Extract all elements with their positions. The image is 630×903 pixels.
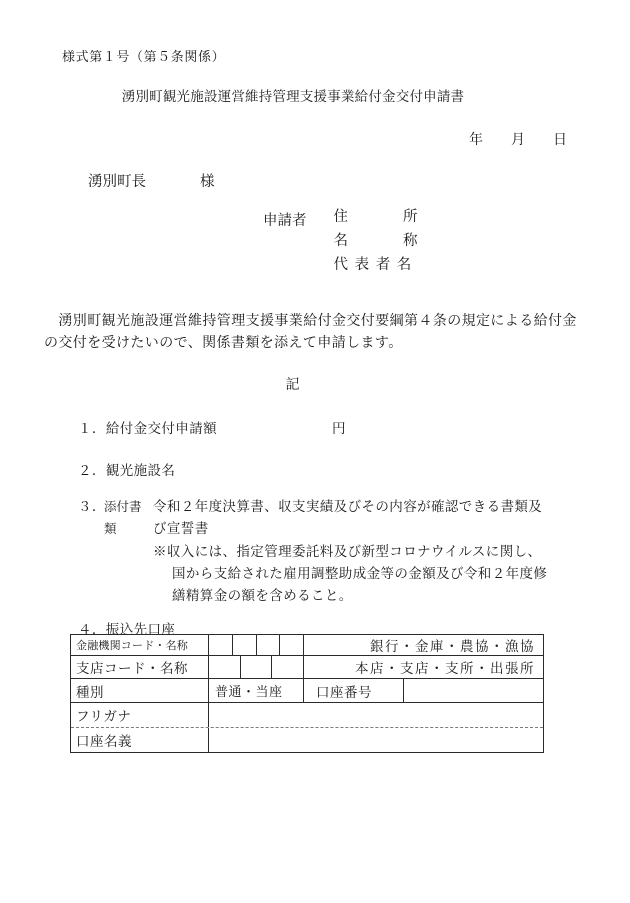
bank-code-label: 金融機関コード・名称 [71, 635, 209, 655]
date-line: 年 月 日 [0, 129, 630, 149]
applicant-field-labels: 住 所 名 称 代表者名 [334, 209, 418, 281]
document-title: 湧別町観光施設運営維持管理支援事業給付金交付申請書 [0, 85, 586, 105]
item-1-label: 給付金交付申請額 [106, 421, 217, 436]
account-holder-blank-cell [209, 728, 543, 752]
applicant-name-label: 名 称 [334, 233, 418, 257]
table-row-bank-code: 金融機関コード・名称 銀行・金庫・農協・漁協 [71, 635, 543, 655]
bank-code-digit-cell [232, 635, 256, 655]
attached-docs-line-2: び宣誓書 [153, 518, 547, 540]
account-number-label: 口座番号 [304, 679, 404, 702]
applicant-block: 申請者 住 所 名 称 代表者名 [263, 209, 418, 281]
applicant-address-right: 所 [403, 209, 418, 233]
branch-code-digit-cell [240, 656, 272, 678]
item-1-unit-yen: 円 [332, 421, 346, 436]
item-2-number: ２． [78, 463, 106, 478]
attached-docs-note-1: ※収入には、指定管理委託料及び新型コロナウイルスに関し、 [153, 541, 547, 563]
account-type-options: 普通・当座 [209, 679, 304, 702]
item-3-content: 令和２年度決算書、収支実績及びその内容が確認できる書類及 び宣誓書 ※収入には、… [153, 496, 547, 607]
bank-code-digit-cell [209, 635, 232, 655]
applicant-name-right: 称 [403, 233, 418, 257]
item-3-number: ３． [78, 496, 104, 607]
account-holder-label: 口座名義 [71, 728, 209, 752]
attached-docs-note-3: 繕精算金の額を含めること。 [172, 585, 547, 607]
body-paragraph: 湧別町観光施設運営維持管理支援事業給付金交付要綱第４条の規定による給付金 の交付… [44, 311, 596, 356]
body-paragraph-line-1: 湧別町観光施設運営維持管理支援事業給付金交付要綱第４条の規定による給付金 [44, 311, 596, 333]
account-number-blank-cell [404, 679, 543, 702]
applicant-address-label: 住 所 [334, 209, 418, 233]
item-attached-documents: ３． 添付書類 令和２年度決算書、収支実績及びその内容が確認できる書類及 び宣誓… [78, 496, 547, 607]
body-paragraph-line-2: の交付を受けたいので、関係書類を添えて申請します。 [44, 333, 596, 355]
addressee-line: 湧別町長様 [88, 170, 215, 191]
form-number: 様式第１号（第５条関係） [62, 46, 225, 65]
item-grant-amount: １．給付金交付申請額円 [78, 417, 346, 437]
branch-code-digit-cell [209, 656, 240, 678]
document-page: 様式第１号（第５条関係） 湧別町観光施設運営維持管理支援事業給付金交付申請書 年… [0, 0, 630, 903]
addressee-honorific: 様 [200, 174, 215, 190]
applicant-representative-label: 代表者名 [334, 257, 418, 281]
bank-code-digit-cell [279, 635, 303, 655]
note-header: 記 [0, 374, 586, 394]
item-1-number: １． [78, 421, 106, 436]
table-row-account-holder: 口座名義 [71, 727, 543, 752]
branch-code-digit-cell [271, 656, 303, 678]
table-row-branch-code: 支店コード・名称 本店・支店・支所・出張所 [71, 655, 543, 678]
account-type-label: 種別 [71, 679, 209, 702]
item-3-label: 添付書類 [104, 496, 153, 607]
furigana-blank-cell [209, 703, 543, 727]
table-row-furigana: フリガナ [71, 702, 543, 727]
bank-account-table: 金融機関コード・名称 銀行・金庫・農協・漁協 支店コード・名称 本店・支店・支所… [70, 634, 544, 753]
item-facility-name: ２．観光施設名 [78, 459, 175, 479]
applicant-label: 申請者 [263, 209, 307, 230]
bank-code-digit-cell [256, 635, 280, 655]
applicant-address-left: 住 [334, 209, 349, 233]
attached-docs-note-2: 国から支給された雇用調整助成金等の金額及び令和２年度修 [172, 563, 547, 585]
item-2-label: 観光施設名 [106, 463, 176, 478]
branch-code-label: 支店コード・名称 [71, 656, 209, 678]
applicant-name-left: 名 [334, 233, 349, 257]
attached-docs-line-1: 令和２年度決算書、収支実績及びその内容が確認できる書類及 [153, 496, 547, 518]
branch-type-options: 本店・支店・支所・出張所 [304, 656, 543, 678]
furigana-label: フリガナ [71, 703, 209, 727]
bank-code-cells [209, 635, 304, 655]
table-row-account-type: 種別 普通・当座 口座番号 [71, 678, 543, 702]
branch-code-cells [209, 656, 304, 678]
addressee-name: 湧別町長 [88, 174, 146, 190]
bank-type-options: 銀行・金庫・農協・漁協 [304, 635, 543, 655]
